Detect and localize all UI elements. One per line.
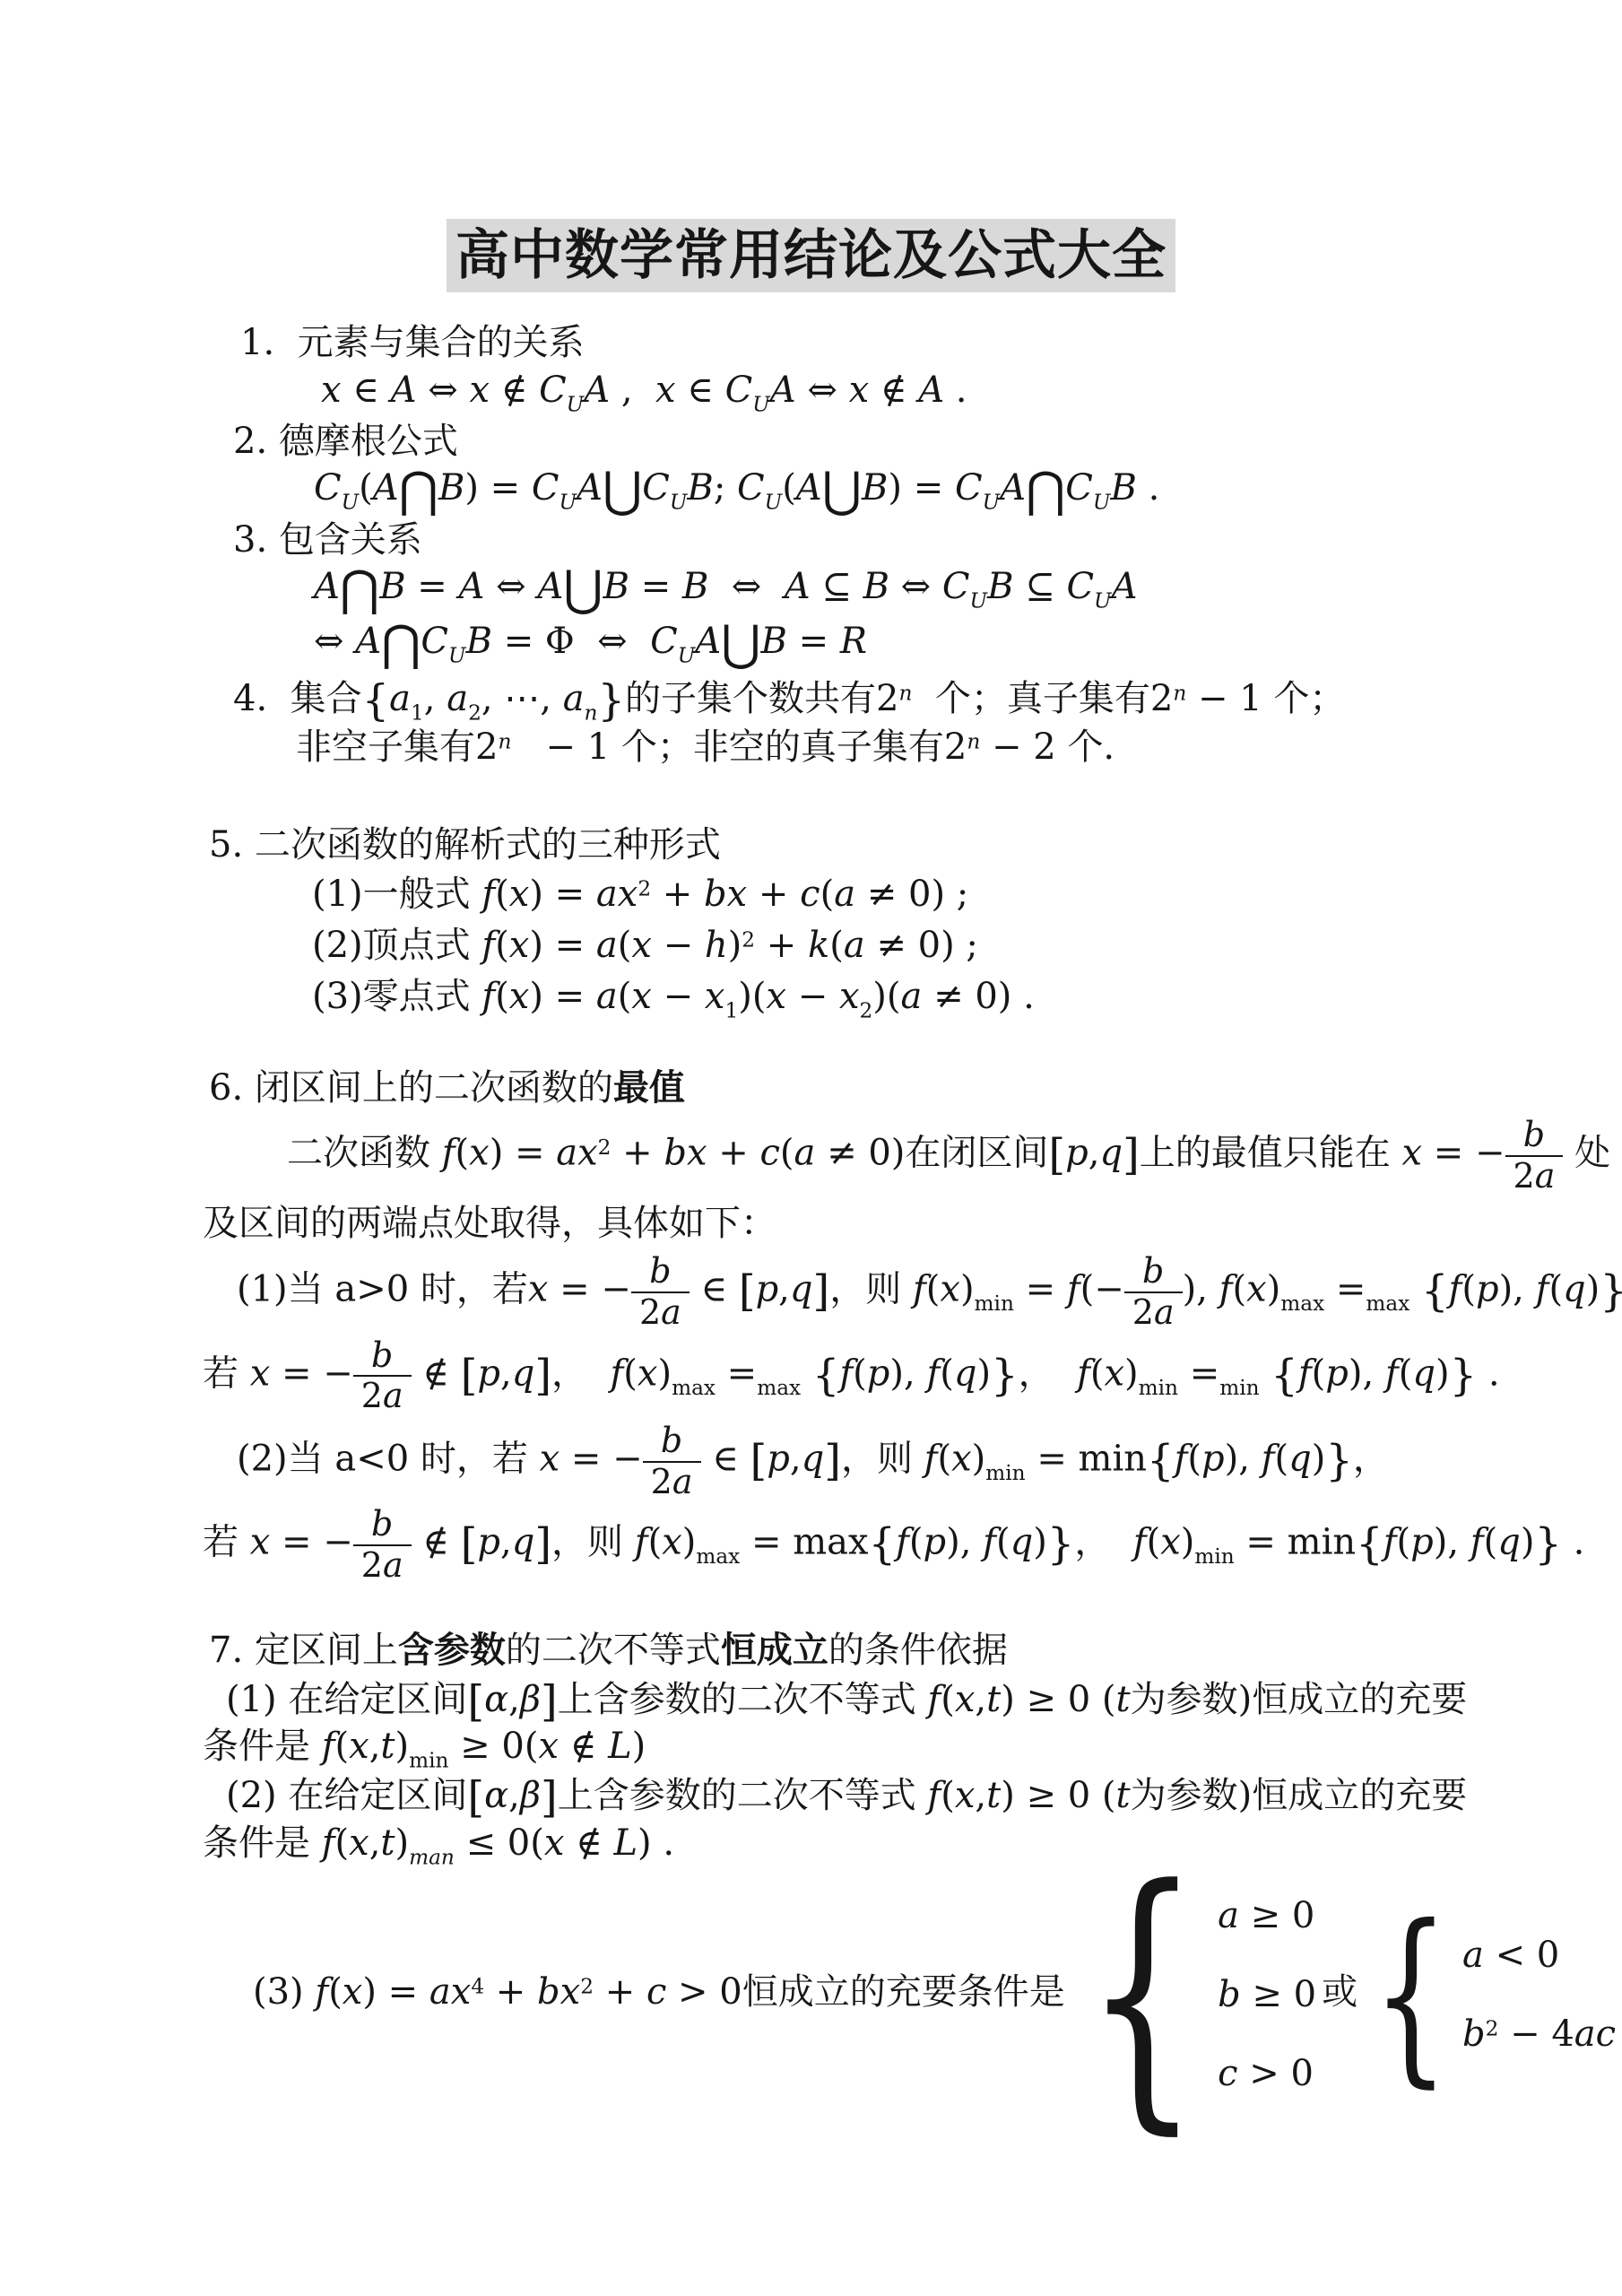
math-italic: q xyxy=(954,1352,977,1394)
tall-bracket: ] xyxy=(1123,1130,1140,1180)
math-italic: p xyxy=(1325,1352,1349,1394)
math-italic: f xyxy=(1067,1269,1080,1310)
math-italic: a xyxy=(389,678,411,719)
tall-bracket: [ xyxy=(750,1436,768,1486)
math-italic: f xyxy=(481,874,495,915)
tall-bracket: { xyxy=(1271,1350,1298,1400)
math-italic: q xyxy=(1563,1269,1586,1310)
item-3-formula-line-1: A⋂B = A ⇔ A⋃B = B ⇔ A ⊆ B ⇔ CUB ⊆ CUA xyxy=(314,563,1622,611)
math-italic: x xyxy=(509,925,530,966)
math-italic: x xyxy=(538,1726,559,1767)
subscript: min xyxy=(1194,1545,1234,1570)
math-italic: a xyxy=(672,1462,693,1501)
denominator: 2a xyxy=(643,1463,701,1502)
math-italic: U xyxy=(448,644,466,668)
subscript: U xyxy=(1093,491,1111,515)
math-italic: a xyxy=(794,1133,816,1174)
math-italic: f xyxy=(913,1269,926,1310)
math-italic: h xyxy=(705,925,728,966)
math-italic: x xyxy=(528,1269,549,1310)
math-italic: n xyxy=(585,700,598,725)
item-2-heading: 2. 德摩根公式 xyxy=(233,418,1622,465)
math-italic: x xyxy=(509,976,530,1017)
subscript: U xyxy=(559,491,577,515)
page-title: 高中数学常用结论及公式大全 xyxy=(447,219,1175,292)
item-6-para-line-1: 二次函数 f(x) = ax2 + bx + c(a ≠ 0)在闭区间[p,q]… xyxy=(287,1116,1622,1196)
bold-text: 最值 xyxy=(613,1066,685,1109)
math-italic: f xyxy=(1536,1269,1549,1310)
math-italic: q xyxy=(1497,1522,1521,1563)
superscript: 2 xyxy=(638,876,651,900)
tall-bracket: { xyxy=(869,1519,897,1570)
math-italic: U xyxy=(752,392,770,416)
tall-bracket: { xyxy=(1356,1519,1383,1570)
subscript: max xyxy=(757,1376,801,1400)
numerator: b xyxy=(353,1336,412,1378)
fraction: b2a xyxy=(353,1336,412,1416)
math-italic: x xyxy=(631,925,652,966)
cases-group: {a < 0b2 − 4ac < 0 xyxy=(1363,1916,1622,2074)
math-italic: n xyxy=(967,730,980,754)
item-7-sub1-line-1: (1) 在给定区间[α,β]上含参数的二次不等式 f(x,t) ≥ 0 (t为参… xyxy=(226,1676,1622,1724)
math-italic: f xyxy=(1133,1522,1147,1563)
math-italic: t xyxy=(1116,1775,1131,1816)
item-5-form-2: (2)顶点式 f(x) = a(x − h)2 + k(a ≠ 0) ; xyxy=(312,922,1622,970)
math-italic: A xyxy=(785,566,811,607)
math-italic: C xyxy=(725,370,753,411)
math-italic: a xyxy=(901,976,923,1017)
math-italic: t xyxy=(986,1679,1001,1720)
math-italic: A xyxy=(584,370,610,411)
math-italic: f xyxy=(322,1822,335,1864)
math-italic: A xyxy=(1000,467,1026,509)
math-italic: B xyxy=(862,467,888,509)
math-italic: C xyxy=(942,566,970,607)
math-italic: f xyxy=(322,1726,335,1767)
math-italic: x xyxy=(349,1726,369,1767)
cases-group: {a ≥ 0b ≥ 0c > 0 xyxy=(1071,1876,1316,2113)
item-5-form-3: (3)零点式 f(x) = a(x − x1)(x − x2)(a ≠ 0) . xyxy=(312,973,1622,1021)
tall-bracket: } xyxy=(1450,1350,1478,1400)
superscript: n xyxy=(967,730,980,754)
math-italic: q xyxy=(1288,1439,1312,1480)
math-italic: x xyxy=(1402,1133,1423,1174)
math-italic: b xyxy=(1462,2013,1486,2055)
math-italic: p xyxy=(756,1269,779,1310)
math-italic: x xyxy=(662,1522,682,1563)
math-italic: x xyxy=(951,1439,972,1480)
math-italic: k xyxy=(808,925,829,966)
numerator: b xyxy=(643,1422,701,1463)
superscript: 2 xyxy=(1486,2016,1499,2040)
left-brace-icon: { xyxy=(1373,1919,1450,2070)
math-italic: f xyxy=(1219,1269,1233,1310)
math-italic: a xyxy=(383,1545,403,1585)
math-italic: f xyxy=(926,1352,940,1394)
math-italic: B xyxy=(987,566,1013,607)
item-7-sub2-line-1: (2) 在给定区间[α,β]上含参数的二次不等式 f(x,t) ≥ 0 (t为参… xyxy=(226,1772,1622,1820)
subscript: min xyxy=(985,1461,1025,1485)
math-italic: f xyxy=(481,925,495,966)
math-italic: c xyxy=(646,1971,666,2013)
superscript: n xyxy=(898,681,912,705)
math-italic: a xyxy=(1462,1935,1484,1976)
numerator: b xyxy=(1505,1116,1564,1157)
math-italic: t xyxy=(380,1822,395,1864)
math-italic: x xyxy=(839,976,860,1017)
math-italic: p xyxy=(767,1439,790,1480)
math-italic: C xyxy=(1065,467,1093,509)
math-italic: f xyxy=(896,1522,909,1563)
item-2-formula: CU(A⋂B) = CUA⋃CUB; CU(A⋃B) = CUA⋂CUB . xyxy=(314,465,1622,512)
math-italic: U xyxy=(678,644,696,668)
denominator: 2a xyxy=(353,1546,412,1586)
item-5-heading: 5. 二次函数的解析式的三种形式 xyxy=(209,822,1622,869)
math-italic: x xyxy=(638,1352,658,1394)
math-italic: x xyxy=(1104,1352,1124,1394)
big-operator: ⋃ xyxy=(721,615,760,672)
math-italic: a xyxy=(1218,1895,1239,1936)
item-5-form-1: (1)一般式 f(x) = ax2 + bx + c(a ≠ 0) ; xyxy=(312,871,1622,918)
math-italic: b xyxy=(1523,1115,1545,1154)
subscript: U xyxy=(678,644,696,668)
math-italic: bx xyxy=(704,874,747,915)
math-italic: x xyxy=(1160,1522,1181,1563)
math-italic: a xyxy=(834,874,855,915)
math-italic: t xyxy=(986,1775,1001,1816)
bold-text: 恒成立 xyxy=(721,1629,828,1671)
subscript: max xyxy=(672,1376,716,1400)
math-italic: L xyxy=(608,1726,632,1767)
item-6-case1-line-1: (1)当 a>0 时，若x = −b2a ∈ [p,q]，则 f(x)min =… xyxy=(237,1252,1622,1332)
math-italic: B xyxy=(379,566,405,607)
math-italic: C xyxy=(737,467,765,509)
math-italic: U xyxy=(983,491,1001,515)
math-italic: a xyxy=(844,925,865,966)
math-italic: x xyxy=(469,370,490,411)
math-italic: a xyxy=(596,976,618,1017)
math-italic: x xyxy=(955,1679,976,1720)
superscript: n xyxy=(498,730,511,754)
superscript: n xyxy=(1173,681,1186,705)
tall-bracket: ] xyxy=(541,1772,558,1822)
fraction: b2a xyxy=(353,1505,412,1585)
item-7-sub1-line-2: 条件是 f(x,t)min ≥ 0(x ∉ L) xyxy=(203,1723,1622,1770)
tall-bracket: ] xyxy=(824,1436,841,1486)
math-italic: x xyxy=(705,976,725,1017)
subscript: U xyxy=(970,589,988,613)
math-italic: f xyxy=(1262,1439,1275,1480)
math-italic: f xyxy=(635,1522,648,1563)
math-italic: f xyxy=(1385,1352,1399,1394)
tall-bracket: } xyxy=(1534,1519,1562,1570)
fraction: b2a xyxy=(631,1252,690,1332)
subscript: U xyxy=(1094,589,1112,613)
math-italic: β xyxy=(520,1775,541,1816)
math-italic: p xyxy=(1476,1269,1499,1310)
subscript: U xyxy=(670,491,688,515)
math-italic: a xyxy=(596,925,618,966)
math-italic: t xyxy=(380,1726,395,1767)
math-italic: b xyxy=(371,1335,393,1375)
math-italic: B xyxy=(687,467,713,509)
math-italic: f xyxy=(924,1439,938,1480)
math-italic: A xyxy=(459,566,485,607)
denominator: 2a xyxy=(353,1377,412,1416)
tall-bracket: } xyxy=(1600,1266,1622,1317)
big-operator: ⋃ xyxy=(603,462,642,518)
subscript: U xyxy=(752,392,770,416)
cases-row: a < 0 xyxy=(1462,1916,1622,1995)
math-italic: f xyxy=(1077,1352,1090,1394)
math-italic: A xyxy=(1112,566,1138,607)
subscript: 1 xyxy=(724,998,738,1022)
tall-bracket: } xyxy=(1047,1519,1075,1570)
math-italic: f xyxy=(610,1352,623,1394)
math-italic: U xyxy=(342,491,360,515)
cases-row: c > 0 xyxy=(1218,2034,1316,2113)
tall-bracket: { xyxy=(812,1350,840,1400)
item-6-case2-line-2: 若 x = −b2a ∉ [p,q]，则 f(x)max = max{f(p),… xyxy=(203,1505,1622,1585)
subscript: min xyxy=(1219,1376,1259,1400)
math-italic: C xyxy=(539,370,567,411)
math-italic: U xyxy=(1094,589,1112,613)
document-content: 1. 元素与集合的关系x ∈ A ⇔ x ∉ CUA , x ∈ CUA ⇔ x… xyxy=(0,319,1622,2113)
math-italic: t xyxy=(1116,1679,1131,1720)
math-italic: x xyxy=(631,976,652,1017)
cases-row: b2 − 4ac < 0 xyxy=(1462,1995,1622,2074)
subscript: min xyxy=(1139,1376,1178,1400)
math-italic: A xyxy=(355,621,381,662)
tall-bracket: { xyxy=(362,674,390,725)
math-italic: f xyxy=(1470,1522,1484,1563)
cases-row: b ≥ 0 xyxy=(1218,1955,1316,2034)
math-italic: f xyxy=(315,1971,328,2013)
tall-bracket: [ xyxy=(461,1519,478,1570)
math-italic: f xyxy=(927,1775,941,1816)
superscript: 2 xyxy=(580,1974,594,1998)
math-italic: p xyxy=(1065,1133,1089,1174)
cases-row: a ≥ 0 xyxy=(1218,1876,1316,1955)
subscript: min xyxy=(975,1291,1014,1316)
item-6-case2-line-1: (2)当 a<0 时，若 x = −b2a ∈ [p,q]，则 f(x)min … xyxy=(237,1422,1622,1501)
math-italic: β xyxy=(520,1679,541,1720)
numerator: b xyxy=(1124,1252,1183,1293)
math-italic: α xyxy=(484,1679,508,1720)
math-italic: p xyxy=(867,1352,890,1394)
subscript: max xyxy=(696,1545,740,1570)
item-7-sub2-line-2: 条件是 f(x,t)man ≤ 0(x ∉ L) . xyxy=(203,1820,1622,1867)
item-4-line-1: 4. 集合{a1, a2, ⋯, an}的子集个数共有2n 个；真子集有2n −… xyxy=(233,675,1622,723)
math-italic: B xyxy=(438,467,464,509)
math-italic: x xyxy=(849,370,870,411)
math-italic: a xyxy=(1154,1292,1175,1332)
math-italic: b xyxy=(649,1251,671,1291)
item-4-line-2: 非空子集有2n − 1 个；非空的真子集有2n − 2 个. xyxy=(296,724,1622,771)
math-italic: C xyxy=(650,621,678,662)
math-italic: q xyxy=(790,1269,813,1310)
subscript: man xyxy=(409,1845,455,1869)
math-italic: f xyxy=(1175,1439,1188,1480)
math-italic: x xyxy=(469,1133,490,1174)
math-italic: x xyxy=(250,1522,271,1563)
math-italic: B xyxy=(682,566,708,607)
math-italic: B xyxy=(603,566,629,607)
math-italic: A xyxy=(537,566,563,607)
math-italic: ax xyxy=(556,1133,597,1174)
math-italic: n xyxy=(1173,681,1186,705)
math-italic: L xyxy=(613,1822,638,1864)
tall-bracket: { xyxy=(1421,1266,1449,1317)
tall-bracket: ] xyxy=(541,1675,558,1726)
item-3-heading: 3. 包含关系 xyxy=(233,517,1622,564)
item-6-heading: 6. 闭区间上的二次函数的最值 xyxy=(209,1065,1622,1112)
math-italic: B xyxy=(863,566,889,607)
math-italic: C xyxy=(532,467,559,509)
subscript: U xyxy=(448,644,466,668)
bold-text: 含参数 xyxy=(398,1629,506,1671)
tall-bracket: [ xyxy=(461,1350,478,1400)
math-italic: x xyxy=(955,1775,976,1816)
tall-bracket: } xyxy=(1325,1436,1353,1486)
math-italic: man xyxy=(409,1845,455,1869)
subscript: U xyxy=(567,392,585,416)
math-italic: B xyxy=(760,621,786,662)
math-italic: a xyxy=(447,678,468,719)
big-operator: ⋃ xyxy=(563,561,603,617)
math-italic: A xyxy=(391,370,417,411)
math-italic: A xyxy=(373,467,399,509)
math-italic: c xyxy=(1218,2053,1237,2094)
math-italic: p xyxy=(1410,1522,1434,1563)
cases-rows: a < 0b2 − 4ac < 0 xyxy=(1462,1916,1622,2074)
math-italic: f xyxy=(481,976,495,1017)
math-italic: p xyxy=(477,1522,500,1563)
math-italic: a xyxy=(383,1376,403,1415)
math-italic: f xyxy=(927,1679,941,1720)
subscript: 2 xyxy=(468,700,481,725)
math-italic: A xyxy=(918,370,944,411)
item-7-sub3: (3) f(x) = ax4 + bx2 + c > 0恒成立的充要条件是{a … xyxy=(253,1876,1622,2113)
subscript: U xyxy=(765,491,783,515)
math-italic: n xyxy=(498,730,511,754)
subscript: 2 xyxy=(860,998,873,1022)
math-italic: ac xyxy=(1574,2013,1616,2055)
title-row: 高中数学常用结论及公式大全 xyxy=(0,219,1622,292)
math-italic: x xyxy=(540,1439,560,1480)
math-italic: b xyxy=(1218,1974,1241,2015)
math-italic: q xyxy=(1099,1133,1123,1174)
big-operator: ⋂ xyxy=(340,561,379,617)
superscript: 2 xyxy=(598,1135,612,1160)
math-italic: n xyxy=(898,681,912,705)
document-page: 高中数学常用结论及公式大全 1. 元素与集合的关系x ∈ A ⇔ x ∉ CUA… xyxy=(0,0,1622,2296)
math-italic: b xyxy=(1142,1251,1164,1291)
math-italic: B xyxy=(466,621,492,662)
subscript: max xyxy=(1366,1291,1409,1316)
math-italic: x xyxy=(343,1971,363,2013)
math-italic: p xyxy=(1201,1439,1225,1480)
big-operator: ⋃ xyxy=(822,462,862,518)
subscript: n xyxy=(585,700,598,725)
math-italic: U xyxy=(567,392,585,416)
item-1-formula: x ∈ A ⇔ x ∉ CUA , x ∈ CUA ⇔ x ∉ A . xyxy=(321,367,1622,414)
math-italic: x xyxy=(766,976,786,1017)
tall-bracket: [ xyxy=(467,1675,484,1726)
math-italic: x xyxy=(250,1352,271,1394)
math-italic: a xyxy=(563,678,585,719)
subscript: U xyxy=(983,491,1001,515)
tall-bracket: [ xyxy=(1048,1130,1065,1180)
superscript: 4 xyxy=(471,1974,484,1998)
math-italic: C xyxy=(421,621,448,662)
math-italic: U xyxy=(970,589,988,613)
math-italic: f xyxy=(1449,1269,1462,1310)
big-operator: ⋂ xyxy=(1026,462,1065,518)
math-italic: ax xyxy=(596,874,638,915)
math-italic: p xyxy=(924,1522,947,1563)
math-italic: b xyxy=(371,1504,393,1544)
tall-bracket: ] xyxy=(534,1519,551,1570)
math-italic: B xyxy=(1110,467,1136,509)
math-italic: x xyxy=(940,1269,960,1310)
math-italic: A xyxy=(695,621,721,662)
math-italic: q xyxy=(1412,1352,1436,1394)
item-6-para-line-2: 及区间的两端点处取得，具体如下： xyxy=(203,1200,1622,1248)
math-italic: q xyxy=(802,1439,825,1480)
math-italic: A xyxy=(314,566,340,607)
math-italic: U xyxy=(670,491,688,515)
item-6-case1-line-2: 若 x = −b2a ∉ [p,q]， f(x)max =max {f(p), … xyxy=(203,1336,1622,1416)
math-italic: x xyxy=(349,1822,369,1864)
item-3-formula-line-2: ⇔ A⋂CUB = Φ ⇔ CUA⋃B = R xyxy=(314,618,1622,665)
math-italic: U xyxy=(765,491,783,515)
math-italic: U xyxy=(559,491,577,515)
math-italic: x xyxy=(655,370,676,411)
math-italic: c xyxy=(760,1133,780,1174)
tall-bracket: [ xyxy=(467,1772,484,1822)
denominator: 2a xyxy=(1505,1157,1564,1196)
item-1-heading: 1. 元素与集合的关系 xyxy=(240,319,1622,367)
tall-bracket: [ xyxy=(739,1266,756,1317)
math-italic: x xyxy=(1246,1269,1267,1310)
subscript: U xyxy=(342,491,360,515)
math-italic: b xyxy=(661,1421,682,1460)
math-italic: A xyxy=(796,467,822,509)
math-italic: α xyxy=(484,1775,508,1816)
math-italic: a xyxy=(661,1292,681,1332)
cases-rows: a ≥ 0b ≥ 0c > 0 xyxy=(1218,1876,1316,2113)
math-italic: q xyxy=(512,1352,535,1394)
math-italic: p xyxy=(477,1352,500,1394)
fraction: b2a xyxy=(1124,1252,1183,1332)
subscript: max xyxy=(1280,1291,1324,1316)
math-italic: q xyxy=(1010,1522,1034,1563)
fraction: b2a xyxy=(1505,1116,1564,1196)
numerator: b xyxy=(631,1252,690,1293)
math-italic: f xyxy=(983,1522,996,1563)
math-italic: A xyxy=(577,467,603,509)
item-7-heading: 7. 定区间上含参数的二次不等式恒成立的条件依据 xyxy=(209,1627,1622,1674)
math-italic: f xyxy=(1298,1352,1312,1394)
math-italic: A xyxy=(770,370,796,411)
numerator: b xyxy=(353,1505,412,1546)
math-italic: R xyxy=(840,621,867,662)
math-italic: C xyxy=(642,467,670,509)
big-operator: ⋂ xyxy=(399,462,438,518)
math-italic: bx xyxy=(537,1971,580,2013)
left-brace-icon: { xyxy=(1085,1882,1200,2108)
